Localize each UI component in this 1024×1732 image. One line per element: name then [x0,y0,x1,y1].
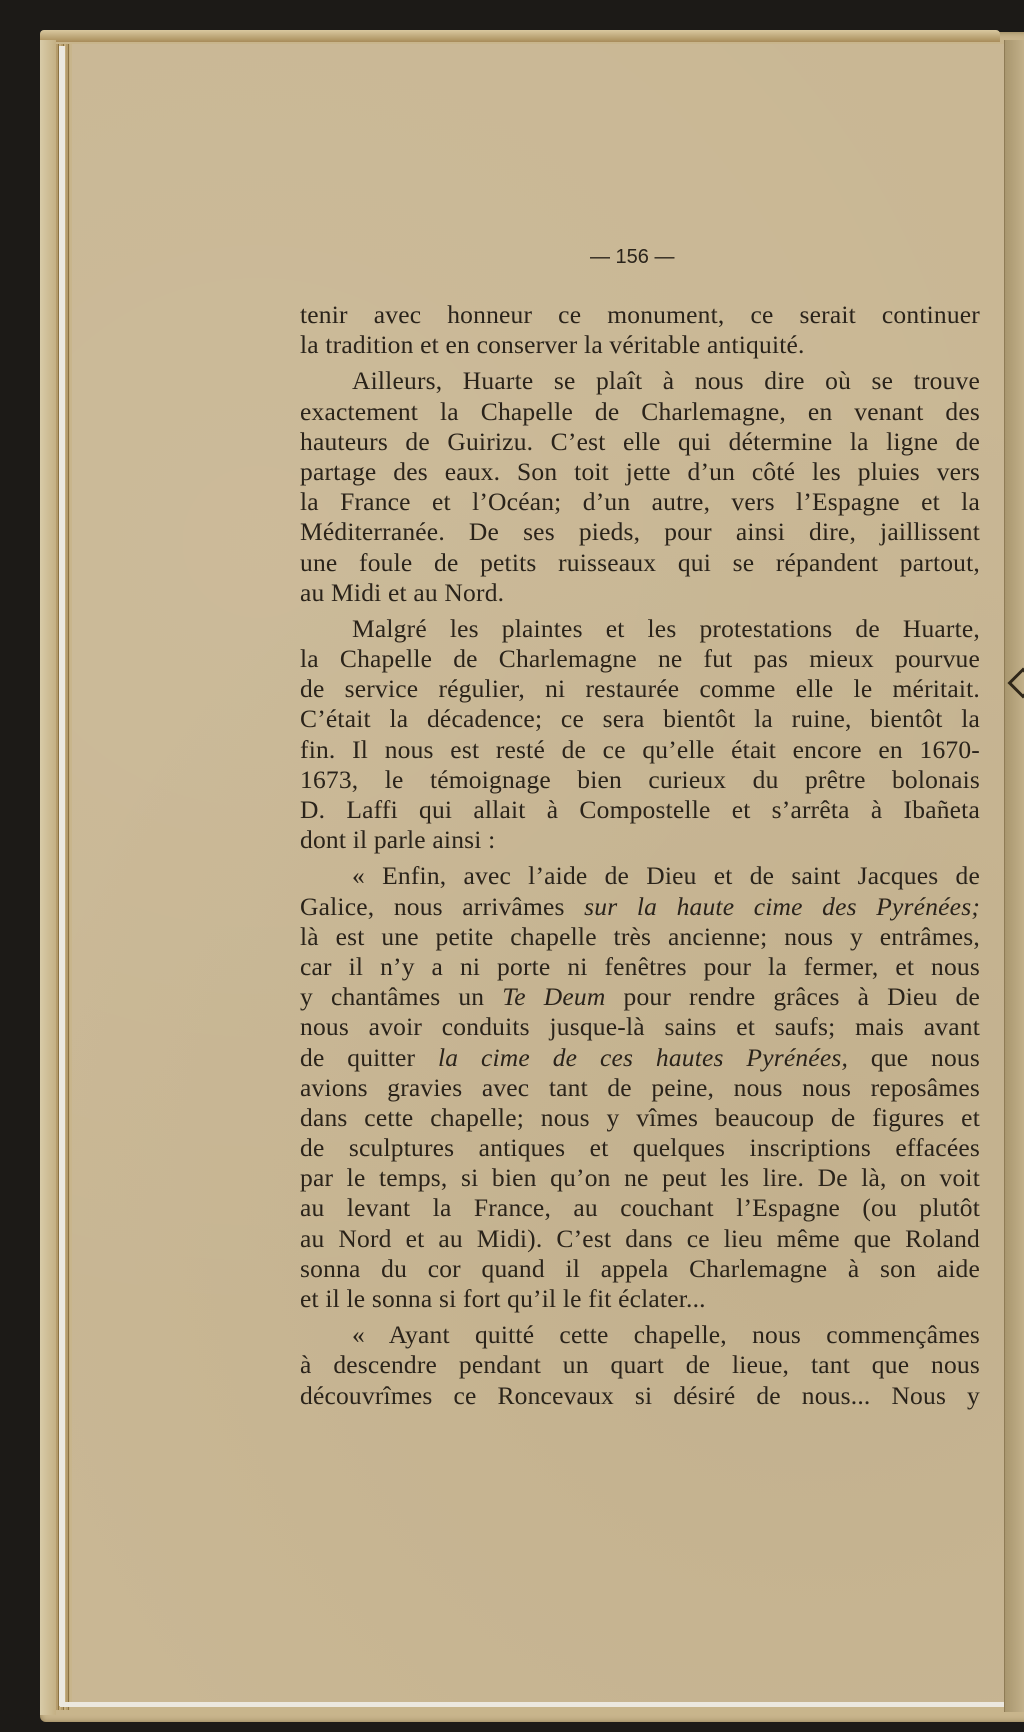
white-page-edge [59,46,65,1706]
text-line: la tradition et en conserver la véritabl… [300,330,980,360]
text-line: Ailleurs, Huarte se plaît à nous dire où… [300,366,980,396]
cover-left-edge [40,40,56,1715]
text-line: à descendre pendant un quart de lieue, t… [300,1350,980,1380]
text-line: 1673, le témoignage bien curieux du prêt… [300,765,980,795]
paragraph: Ailleurs, Huarte se plaît à nous dire où… [300,366,980,608]
text-line: la Chapelle de Charlemagne ne fut pas mi… [300,644,980,674]
text-line: la France et l’Océan; d’un autre, vers l… [300,487,980,517]
text-line: au Midi et au Nord. [300,578,980,608]
text-line: car il n’y a ni porte ni fenêtres pour l… [300,952,980,982]
text-line: nous avoir conduits jusque-là sains et s… [300,1012,980,1042]
text-line: dont il parle ainsi : [300,825,980,855]
text-line: hauteurs de Guirizu. C’est elle qui déte… [300,427,980,457]
text-line: exactement la Chapelle de Charlemagne, e… [300,397,980,427]
text-line: de service régulier, ni restaurée comme … [300,674,980,704]
text-line: fin. Il nous est resté de ce qu’elle éta… [300,735,980,765]
text-line: dans cette chapelle; nous y vîmes beauco… [300,1103,980,1133]
paragraph: Malgré les plaintes et les protestations… [300,614,980,856]
scanned-book-page: — 156 — tenir avec honneur ce monument, … [0,0,1024,1732]
bottom-page-edge [60,1702,1020,1707]
text-line: une foule de petits ruisseaux qui se rép… [300,548,980,578]
cover-top-edge [40,30,1000,42]
text-line: avions gravies avec tant de peine, nous … [300,1073,980,1103]
text-line: y chantâmes un Te Deum pour rendre grâce… [300,982,980,1012]
text-line: D. Laffi qui allait à Compostelle et s’a… [300,795,980,825]
text-line: C’était la décadence; ce sera bientôt la… [300,704,980,734]
text-line: au levant la France, au couchant l’Espag… [300,1193,980,1223]
text-line: et il le sonna si fort qu’il le fit écla… [300,1284,980,1314]
text-line: « Enfin, avec l’aide de Dieu et de saint… [300,861,980,891]
text-line: sonna du cor quand il appela Charlemagne… [300,1254,980,1284]
text-line: par le temps, si bien qu’on ne peut les … [300,1163,980,1193]
text-line: partage des eaux. Son toit jette d’un cô… [300,457,980,487]
text-line: Méditerranée. De ses pieds, pour ainsi d… [300,517,980,547]
text-line: au Nord et au Midi). C’est dans ce lieu … [300,1224,980,1254]
paragraph: « Ayant quitté cette chapelle, nous comm… [300,1320,980,1411]
text-line: Malgré les plaintes et les protestations… [300,614,980,644]
paragraph: « Enfin, avec l’aide de Dieu et de saint… [300,861,980,1314]
text-line: là est une petite chapelle très ancienne… [300,922,980,952]
body-text: tenir avec honneur ce monument, ce serai… [300,240,980,1417]
text-line: de sculptures antiques et quelques inscr… [300,1133,980,1163]
text-line: découvrîmes ce Roncevaux si désiré de no… [300,1381,980,1411]
paragraph: tenir avec honneur ce monument, ce serai… [300,300,980,360]
text-line: Galice, nous arrivâmes sur la haute cime… [300,892,980,922]
text-line: « Ayant quitté cette chapelle, nous comm… [300,1320,980,1350]
text-line: de quitter la cime de ces hautes Pyrénée… [300,1043,980,1073]
next-page-edge [1004,40,1024,1712]
text-line: tenir avec honneur ce monument, ce serai… [300,300,980,330]
